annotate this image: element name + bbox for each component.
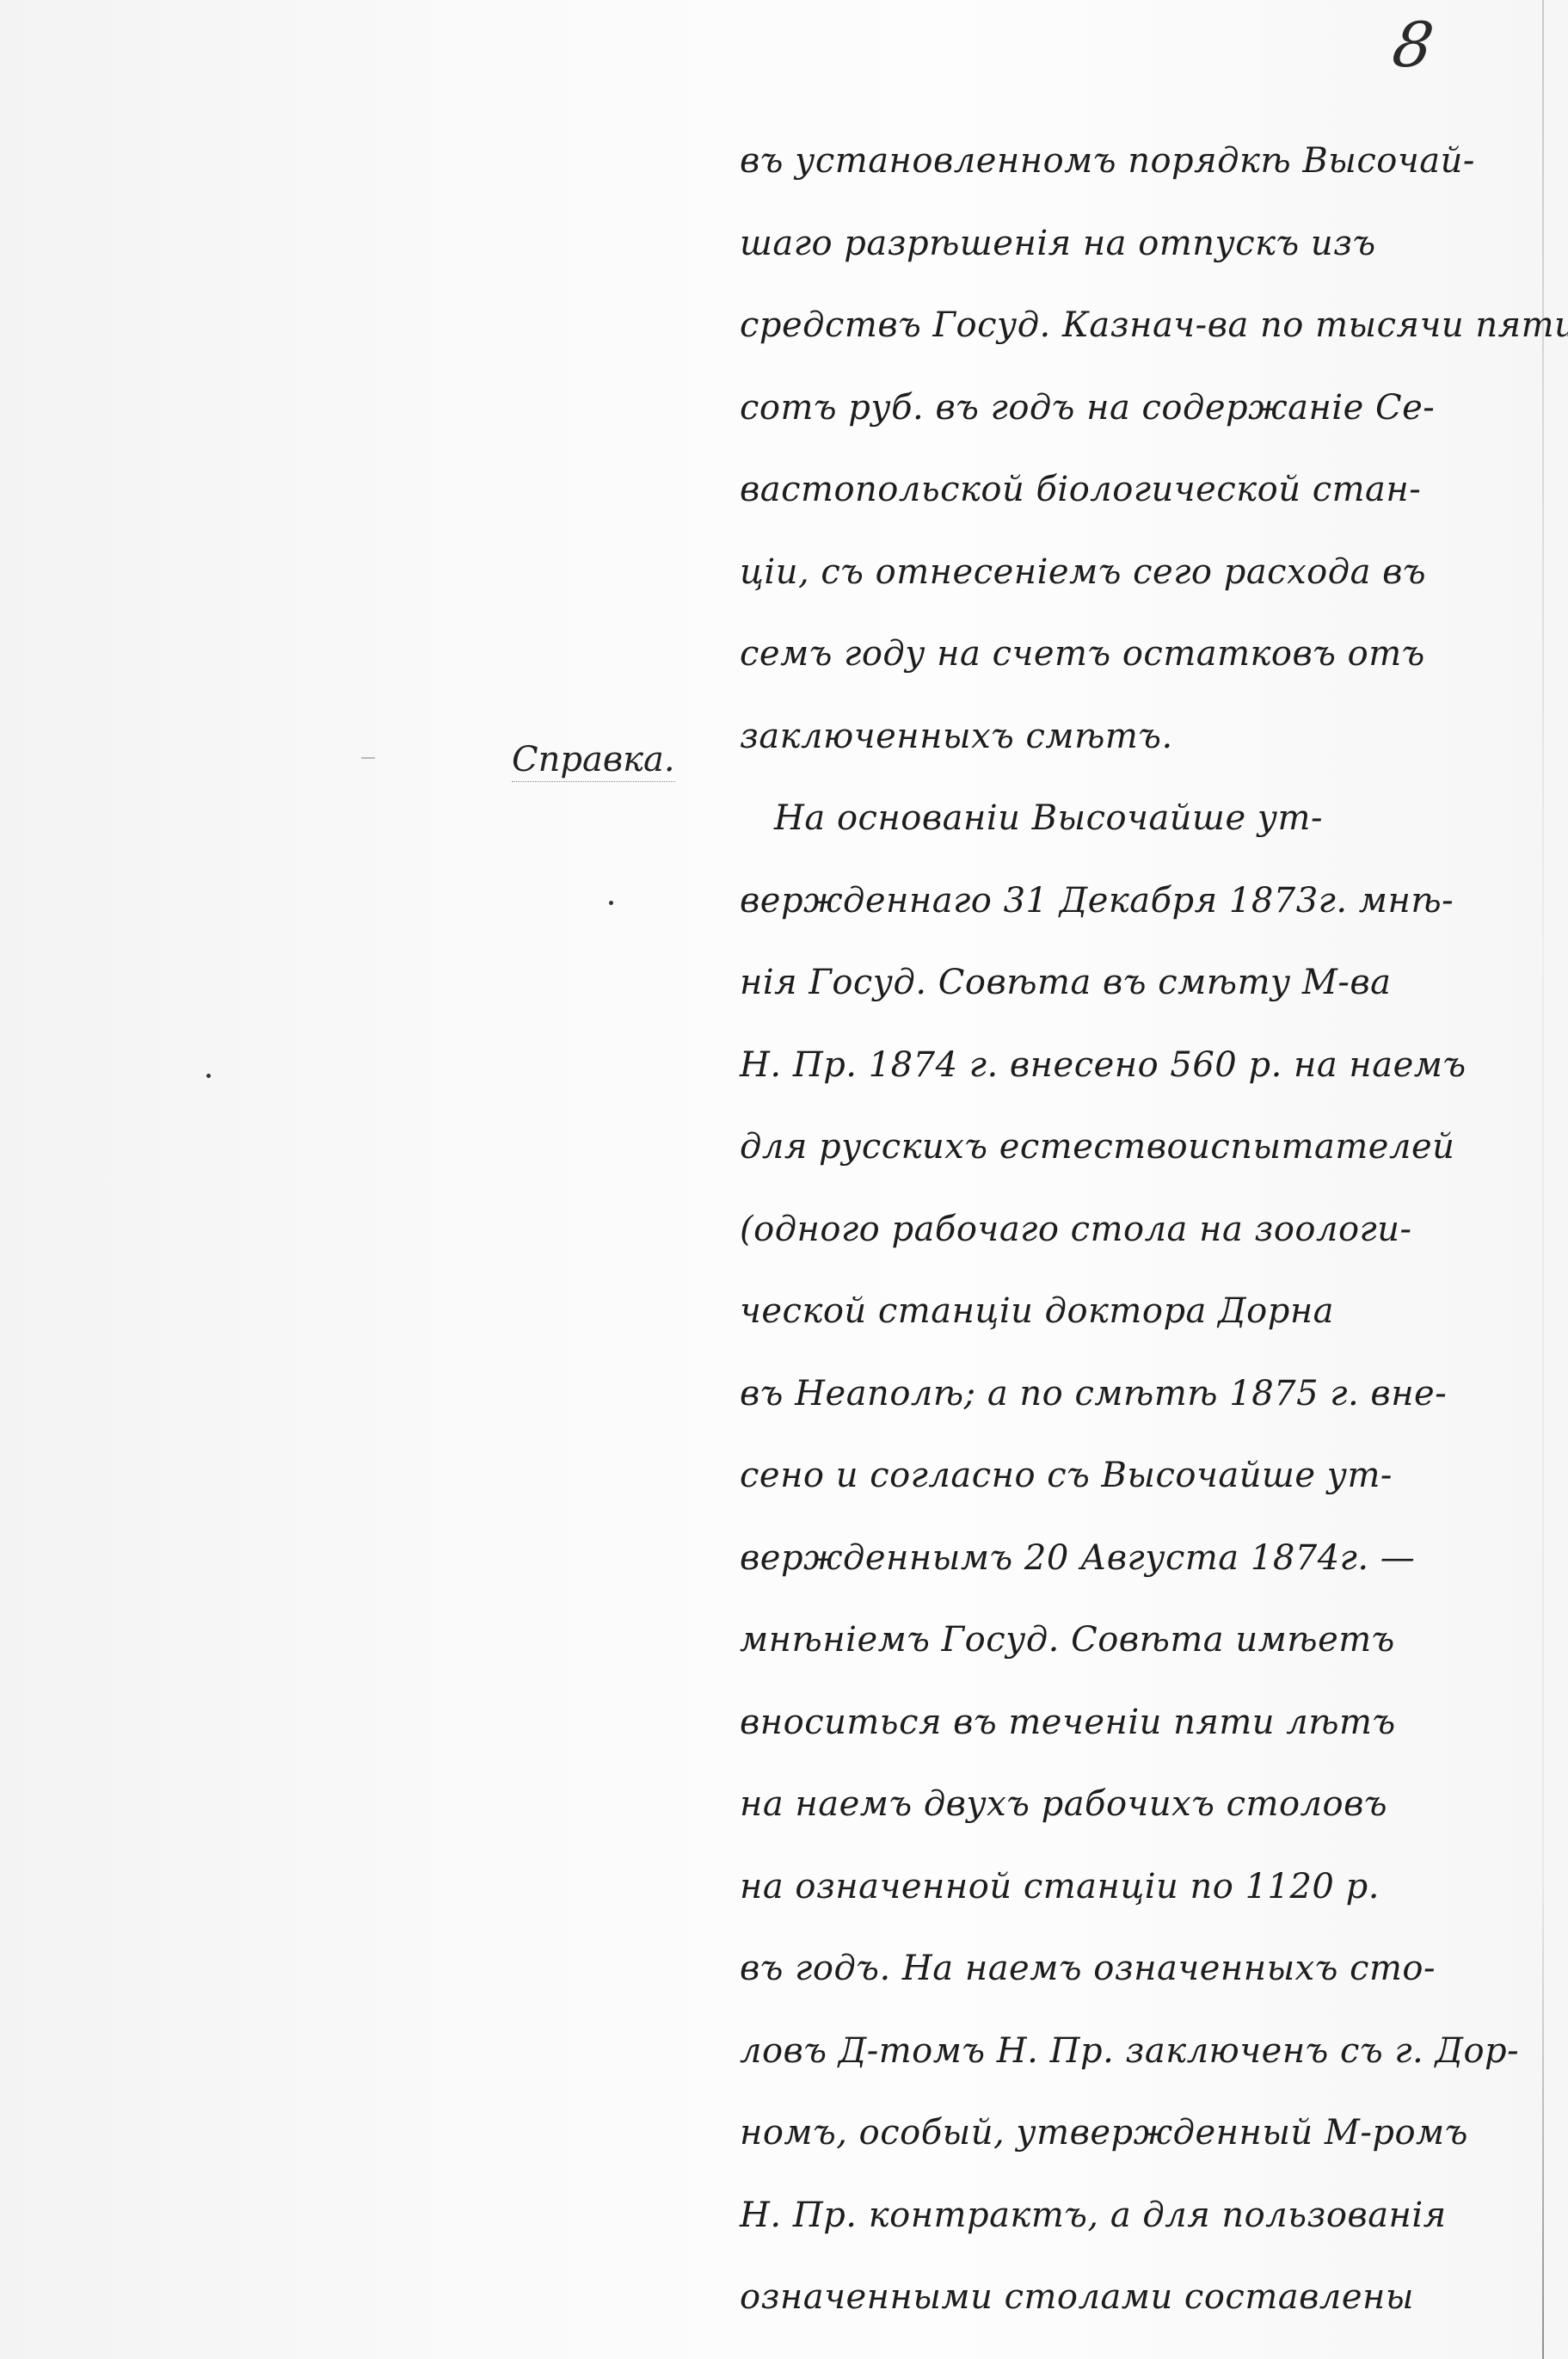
text-line: вержденнымъ 20 Августа 1874г. — <box>740 1518 1479 1600</box>
margin-mark <box>361 757 375 759</box>
document-page: 8 Справка. въ установленномъ порядкѣ Выс… <box>0 0 1568 2359</box>
text-line: нія Госуд. Совѣта въ смѣту М-ва <box>740 942 1479 1025</box>
text-line: Н. Пр. контрактъ, а для пользованія <box>740 2175 1479 2257</box>
page-edge-shadow <box>1542 0 1544 2359</box>
text-line: сотъ руб. въ годъ на содержаніе Се- <box>740 367 1479 450</box>
text-line: въ Неаполѣ; а по смѣтѣ 1875 г. вне- <box>740 1353 1479 1436</box>
text-line: заключенныхъ смѣтъ. <box>740 696 1479 779</box>
ink-speck <box>609 901 613 905</box>
text-line: означенными столами составлены <box>740 2257 1479 2339</box>
text-line: въ установленномъ порядкѣ Высочай- <box>740 120 1479 203</box>
text-line: номъ, особый, утвержденный М-ромъ <box>740 2092 1479 2175</box>
handwritten-body: въ установленномъ порядкѣ Высочай- шаго … <box>740 120 1479 2339</box>
text-line: ловъ Д-томъ Н. Пр. заключенъ съ г. Дор- <box>740 2011 1479 2093</box>
text-line: для русскихъ естествоиспытателей <box>740 1106 1479 1189</box>
text-line: (одного рабочаго стола на зоологи- <box>740 1189 1479 1272</box>
text-line: Н. Пр. 1874 г. внесено 560 р. на наемъ <box>740 1025 1479 1107</box>
page-number: 8 <box>1388 9 1438 81</box>
ink-speck <box>206 1074 211 1078</box>
text-line: средствъ Госуд. Казнач-ва по тысячи пяти… <box>740 285 1479 367</box>
text-line: семъ году на счетъ остатковъ отъ <box>740 613 1479 696</box>
text-line: вноситься въ теченіи пяти лѣтъ <box>740 1682 1479 1765</box>
text-line: шаго разрѣшенія на отпускъ изъ <box>740 203 1479 286</box>
text-line: сено и согласно съ Высочайше ут- <box>740 1435 1479 1518</box>
text-line: на означенной станціи по 1120 р. <box>740 1846 1479 1929</box>
text-line: вержденнаго 31 Декабря 1873г. мнѣ- <box>740 860 1479 943</box>
text-line: ческой станціи доктора Дорна <box>740 1271 1479 1353</box>
text-line: ціи, съ отнесеніемъ сего расхода въ <box>740 532 1479 614</box>
text-line: въ годъ. На наемъ означенныхъ сто- <box>740 1928 1479 2011</box>
text-line: вастопольской біологической стан- <box>740 449 1479 532</box>
text-line-paragraph-start: На основаніи Высочайше ут- <box>740 778 1479 860</box>
text-line: на наемъ двухъ рабочихъ столовъ <box>740 1764 1479 1846</box>
margin-note-spravka: Справка. <box>512 740 675 782</box>
text-line: мнѣніемъ Госуд. Совѣта имѣетъ <box>740 1599 1479 1682</box>
